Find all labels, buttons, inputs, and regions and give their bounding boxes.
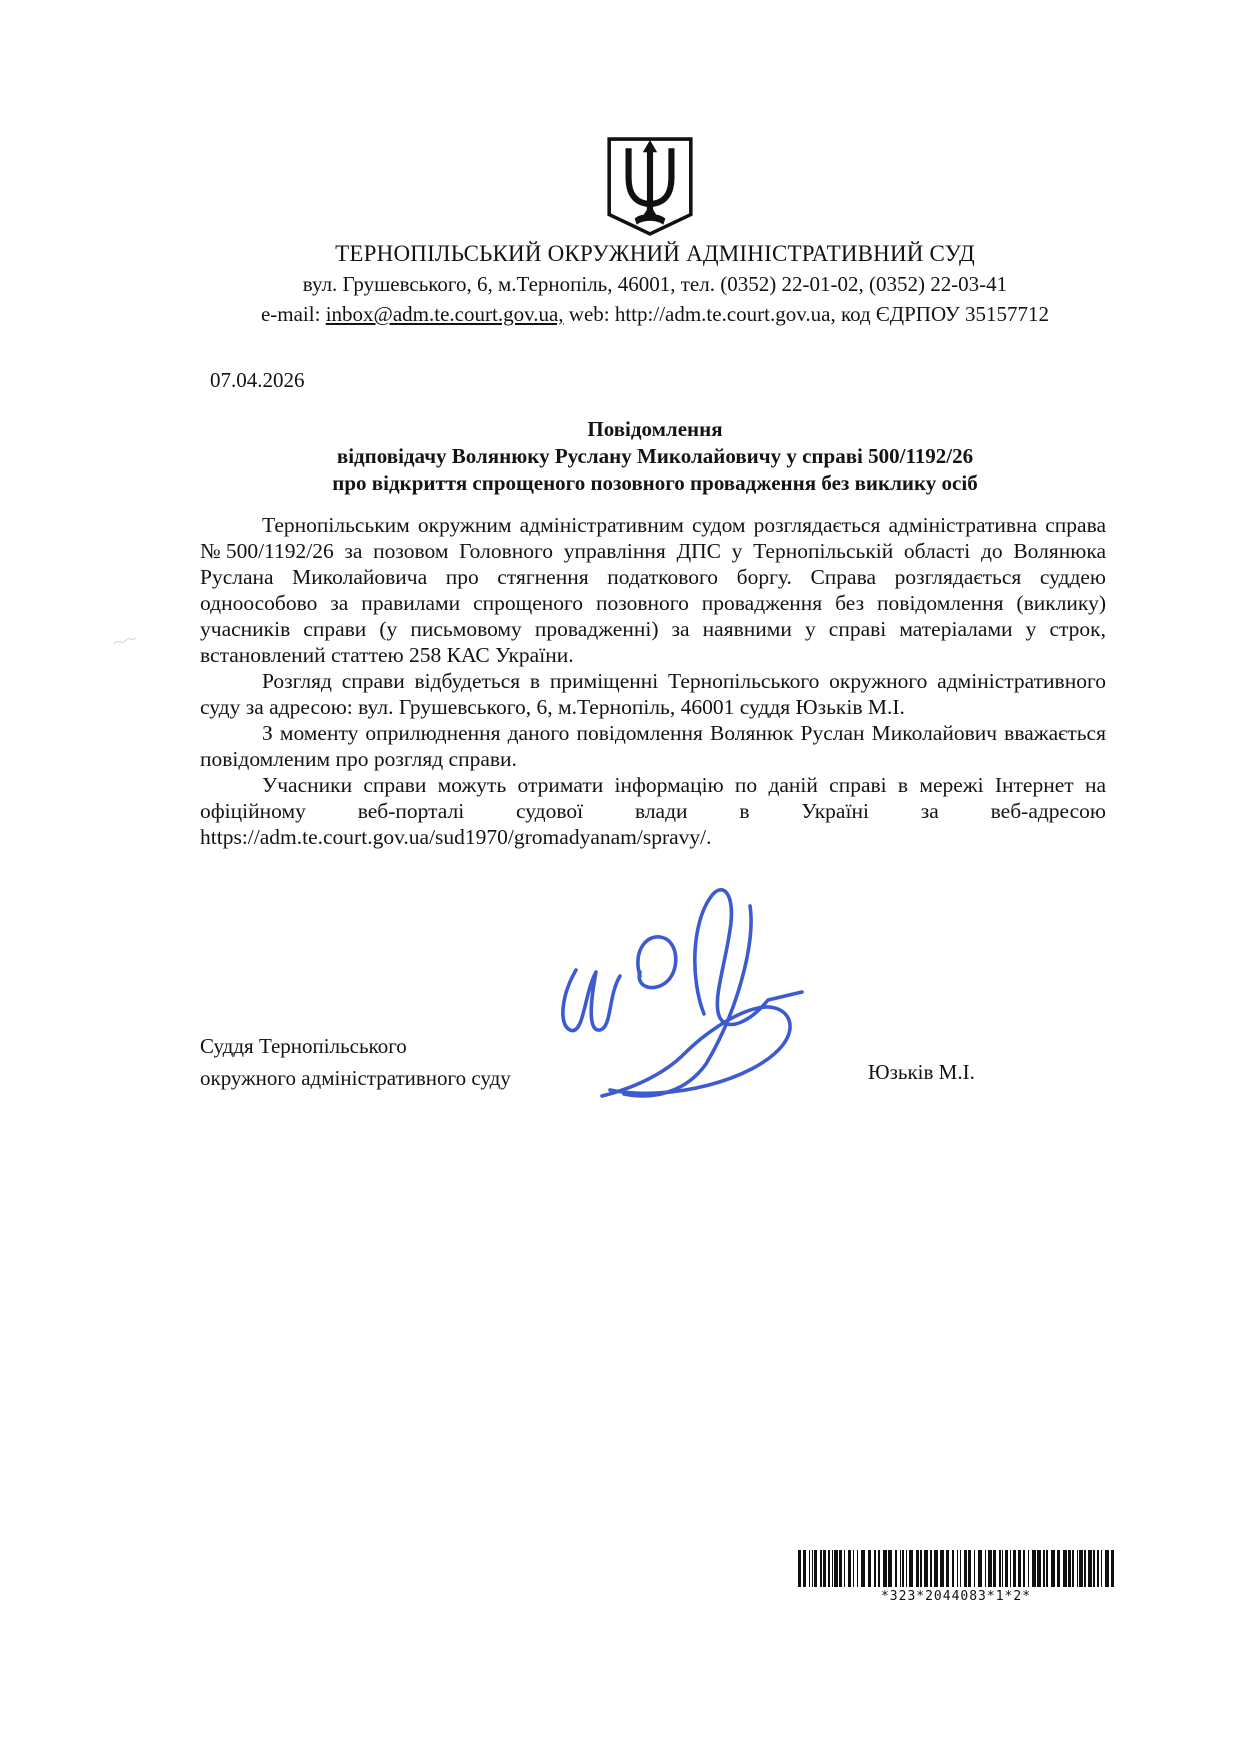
court-web: web: http://adm.te.court.gov.ua, код ЄДР… [564, 302, 1050, 326]
court-name: ТЕРНОПІЛЬСЬКИЙ ОКРУЖНИЙ АДМІНІСТРАТИВНИЙ… [200, 241, 1110, 267]
body-paragraph: Розгляд справи відбудеться в приміщенні … [200, 668, 1106, 720]
document-title: Повідомлення відповідачу Волянюку Руслан… [200, 416, 1110, 497]
barcode-text: *323*2044083*1*2* [798, 1589, 1114, 1604]
ukraine-trident-emblem [606, 137, 694, 237]
document-page: ТЕРНОПІЛЬСЬКИЙ ОКРУЖНИЙ АДМІНІСТРАТИВНИЙ… [0, 0, 1240, 1754]
barcode: *323*2044083*1*2* [798, 1550, 1114, 1604]
judge-name: Юзьків М.І. [868, 1060, 975, 1085]
email-label: e-mail: [261, 302, 326, 326]
title-line-1: Повідомлення [200, 416, 1110, 443]
title-line-2: відповідачу Волянюку Руслану Миколайович… [200, 443, 1110, 470]
body-paragraph: Тернопільським окружним адміністративним… [200, 512, 1106, 668]
court-address: вул. Грушевського, 6, м.Тернопіль, 46001… [200, 272, 1110, 297]
document-body: Тернопільським окружним адміністративним… [200, 512, 1106, 850]
judge-role-line-1: Суддя Тернопільського [200, 1030, 511, 1062]
court-email: inbox@adm.te.court.gov.ua, [326, 302, 564, 326]
body-paragraph: Учасники справи можуть отримати інформац… [200, 772, 1106, 850]
pencil-mark [112, 632, 138, 652]
judge-role: Суддя Тернопільського окружного адмініст… [200, 1030, 511, 1094]
judge-role-line-2: окружного адміністративного суду [200, 1062, 511, 1094]
barcode-bars [798, 1550, 1114, 1587]
handwritten-signature [552, 882, 822, 1117]
document-date: 07.04.2026 [210, 368, 305, 393]
court-contacts: e-mail: inbox@adm.te.court.gov.ua, web: … [200, 302, 1110, 327]
title-line-3: про відкриття спрощеного позовного прова… [200, 470, 1110, 497]
body-paragraph: З моменту оприлюднення даного повідомлен… [200, 720, 1106, 772]
